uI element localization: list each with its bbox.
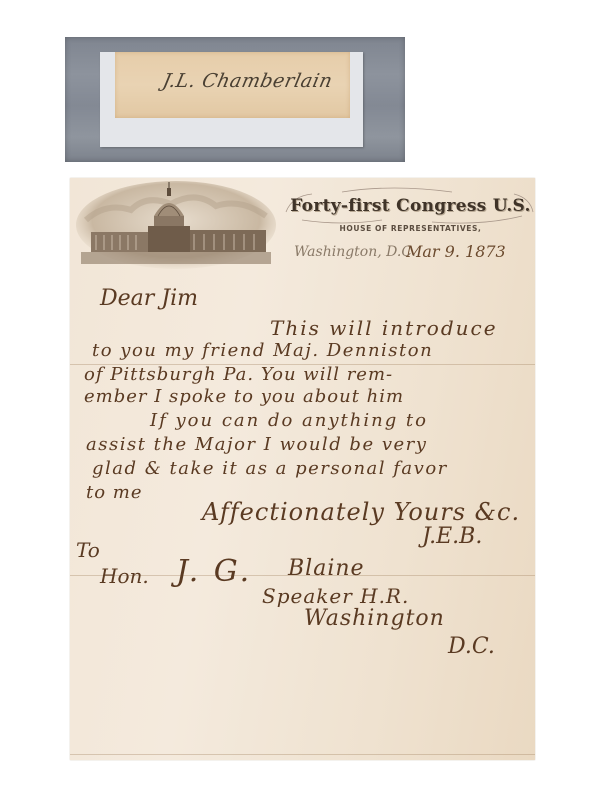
- address-to: To: [76, 538, 100, 562]
- capitol-engraving-icon: [76, 180, 276, 270]
- address-initials: J. G.: [176, 554, 252, 589]
- fold-line: [70, 754, 535, 755]
- signature-backing-card: J.L. Chamberlain: [100, 52, 363, 147]
- letter-sheet: Forty-first Congress U.S. HOUSE OF REPRE…: [70, 178, 535, 760]
- body-line: assist the Major I would be very: [86, 434, 427, 455]
- body-line: glad & take it as a personal favor: [92, 458, 448, 479]
- letter-date: Mar 9. 1873: [406, 242, 506, 261]
- letterhead-place: Washington, D.C.: [294, 244, 416, 260]
- closing: Affectionately Yours &c.: [202, 498, 520, 526]
- signature-clipping: J.L. Chamberlain: [115, 52, 350, 118]
- letterhead-title: Forty-first Congress U.S.: [288, 196, 533, 216]
- address-honorific: Hon.: [100, 564, 149, 588]
- address-district: D.C.: [448, 634, 495, 659]
- address-name: Blaine: [288, 556, 365, 581]
- body-line: If you can do anything to: [150, 410, 428, 431]
- salutation: Dear Jim: [100, 286, 198, 311]
- body-line: This will introduce: [270, 316, 498, 340]
- letterhead-subtitle: HOUSE OF REPRESENTATIVES,: [288, 224, 533, 233]
- initials-signature: J.E.B.: [422, 524, 482, 549]
- address-city: Washington: [304, 606, 445, 631]
- signature-mount: J.L. Chamberlain: [65, 37, 405, 162]
- body-line: to me: [86, 482, 143, 503]
- body-line: to you my friend Maj. Denniston: [92, 340, 433, 361]
- address-title: Speaker H.R.: [262, 584, 409, 608]
- body-line: of Pittsburgh Pa. You will rem-: [84, 364, 393, 385]
- body-line: ember I spoke to you about him: [84, 386, 404, 407]
- chamberlain-signature: J.L. Chamberlain: [161, 70, 335, 92]
